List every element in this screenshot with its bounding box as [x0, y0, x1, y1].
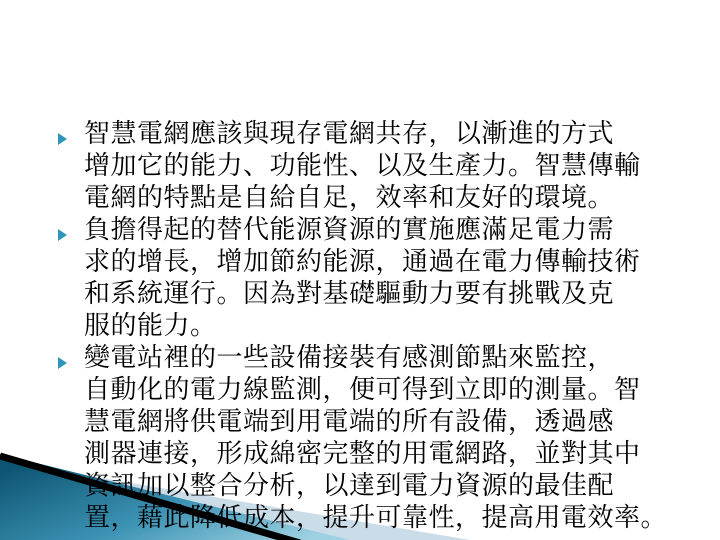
bullet-text-line: 求的增長，增加節約能源，通過在電力傳輸技術	[84, 246, 667, 278]
bullet-text-line: 電網的特點是自給自足，效率和友好的環境。	[84, 182, 667, 214]
bullet-item: 變電站裡的一些設備接裝有感測節點來監控， 自動化的電力線監測，便可得到立即的測量…	[84, 342, 667, 534]
bullet-arrow-icon	[58, 357, 67, 369]
presentation-slide: 智慧電網應該與現存電網共存，以漸進的方式 增加它的能力、功能性、以及生產力。智慧…	[0, 0, 720, 540]
bullet-text-line: 智慧電網應該與現存電網共存，以漸進的方式	[84, 118, 667, 150]
bullet-arrow-icon	[58, 133, 67, 145]
bullet-text-line: 負擔得起的替代能源資源的實施應滿足電力需	[84, 214, 667, 246]
bullet-text-line: 慧電網將供電端到用電端的所有設備，透過感	[84, 406, 667, 438]
slide-body-text: 智慧電網應該與現存電網共存，以漸進的方式 增加它的能力、功能性、以及生產力。智慧…	[84, 118, 667, 534]
bullet-arrow-icon	[58, 229, 67, 241]
bullet-text-line: 增加它的能力、功能性、以及生產力。智慧傳輸	[84, 150, 667, 182]
bullet-text-line: 和系統運行。因為對基礎驅動力要有挑戰及克	[84, 278, 667, 310]
bullet-text-line: 測器連接，形成綿密完整的用電網路，並對其中	[84, 438, 667, 470]
bullet-text-line: 變電站裡的一些設備接裝有感測節點來監控，	[84, 342, 667, 374]
bullet-text-line: 置，藉此降低成本，提升可靠性，提高用電效率。	[84, 502, 667, 534]
bullet-text-line: 資訊加以整合分析，以達到電力資源的最佳配	[84, 470, 667, 502]
bullet-text-line: 服的能力。	[84, 310, 667, 342]
bullet-item: 負擔得起的替代能源資源的實施應滿足電力需 求的增長，增加節約能源，通過在電力傳輸…	[84, 214, 667, 342]
bullet-item: 智慧電網應該與現存電網共存，以漸進的方式 增加它的能力、功能性、以及生產力。智慧…	[84, 118, 667, 214]
bullet-text-line: 自動化的電力線監測，便可得到立即的測量。智	[84, 374, 667, 406]
